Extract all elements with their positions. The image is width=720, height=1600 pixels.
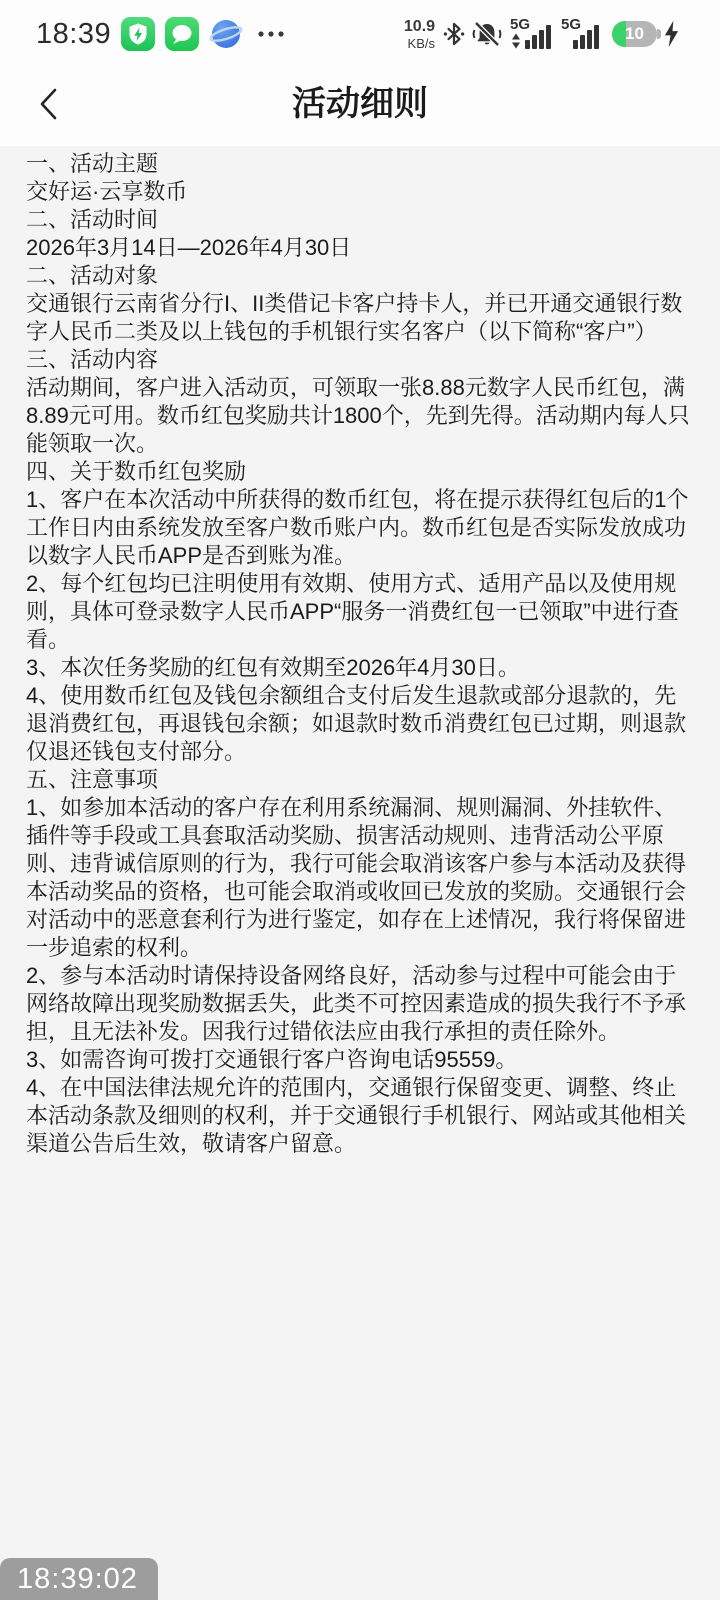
signal-sim1-icon: 5G <box>509 16 555 52</box>
page-title: 活动细则 <box>0 62 720 146</box>
rules-line: 一、活动主题 <box>26 150 695 178</box>
back-button[interactable] <box>34 84 64 124</box>
rules-line: 4、使用数币红包及钱包余额组合支付后发生退款或部分退款的，先退消费红包，再退钱包… <box>26 682 695 766</box>
rules-line: 3、如需咨询可拨打交通银行客户咨询电话95559。 <box>26 1046 695 1074</box>
network-speed-unit: KB/s <box>408 37 435 50</box>
rules-line: 交通银行云南省分行I、II类借记卡客户持卡人，并已开通交通银行数字人民币二类及以… <box>26 290 695 346</box>
rules-line: 1、客户在本次活动中所获得的数币红包，将在提示获得红包后的1个工作日内由系统发放… <box>26 486 695 570</box>
mute-bell-icon <box>471 18 503 50</box>
status-bar-left: 18:39 <box>36 17 289 51</box>
network-type-sim2-label: 5G <box>561 16 581 33</box>
rules-line: 交好运·云享数币 <box>26 178 695 206</box>
nav-bar: 活动细则 <box>0 62 720 146</box>
rules-line: 四、关于数币红包奖励 <box>26 458 695 486</box>
network-type-sim1-label: 5G <box>510 16 530 33</box>
bluetooth-icon <box>443 18 465 50</box>
rules-line: 五、注意事项 <box>26 766 695 794</box>
browser-app-icon <box>209 17 243 51</box>
battery-icon: 10 <box>612 21 657 47</box>
rules-line: 二、活动对象 <box>26 262 695 290</box>
status-bar: 18:39 <box>0 0 720 62</box>
rules-line: 2、参与本活动时请保持设备网络良好，活动参与过程中可能会由于网络故障出现奖励数据… <box>26 962 695 1046</box>
battery-nub <box>657 29 661 39</box>
timestamp-text: 18:39:02 <box>17 1563 138 1596</box>
network-speed: 10.9 KB/s <box>404 19 435 50</box>
rules-line: 4、在中国法律法规允许的范围内，交通银行保留变更、调整、终止本活动条款及细则的权… <box>26 1074 695 1158</box>
rules-content[interactable]: 一、活动主题交好运·云享数币二、活动时间2026年3月14日—2026年4月30… <box>0 146 720 1158</box>
rules-line: 三、活动内容 <box>26 346 695 374</box>
more-notifications-icon <box>253 17 289 51</box>
charging-bolt-icon <box>663 19 680 49</box>
rules-line: 活动期间，客户进入活动页，可领取一张8.88元数字人民币红包，满8.89元可用。… <box>26 374 695 458</box>
screen-recorder-timestamp: 18:39:02 <box>0 1558 158 1600</box>
rules-line: 2、每个红包均已注明使用有效期、使用方式、适用产品以及使用规则，具体可登录数字人… <box>26 570 695 654</box>
security-app-icon <box>121 17 155 51</box>
signal-sim2-icon: 5G <box>561 16 603 52</box>
status-time: 18:39 <box>36 18 111 51</box>
chevron-left-icon <box>37 86 61 122</box>
battery-percent: 10 <box>612 21 657 47</box>
rules-line: 2026年3月14日—2026年4月30日 <box>26 234 695 262</box>
status-bar-right: 10.9 KB/s 5G <box>404 16 680 52</box>
top-area: 18:39 <box>0 0 720 146</box>
rules-line: 3、本次任务奖励的红包有效期至2026年4月30日。 <box>26 654 695 682</box>
phone-screen: 18:39 <box>0 0 720 1600</box>
rules-line: 1、如参加本活动的客户存在利用系统漏洞、规则漏洞、外挂软件、插件等手段或工具套取… <box>26 794 695 962</box>
rules-line: 二、活动时间 <box>26 206 695 234</box>
network-speed-value: 10.9 <box>404 19 435 35</box>
messages-app-icon <box>165 17 199 51</box>
